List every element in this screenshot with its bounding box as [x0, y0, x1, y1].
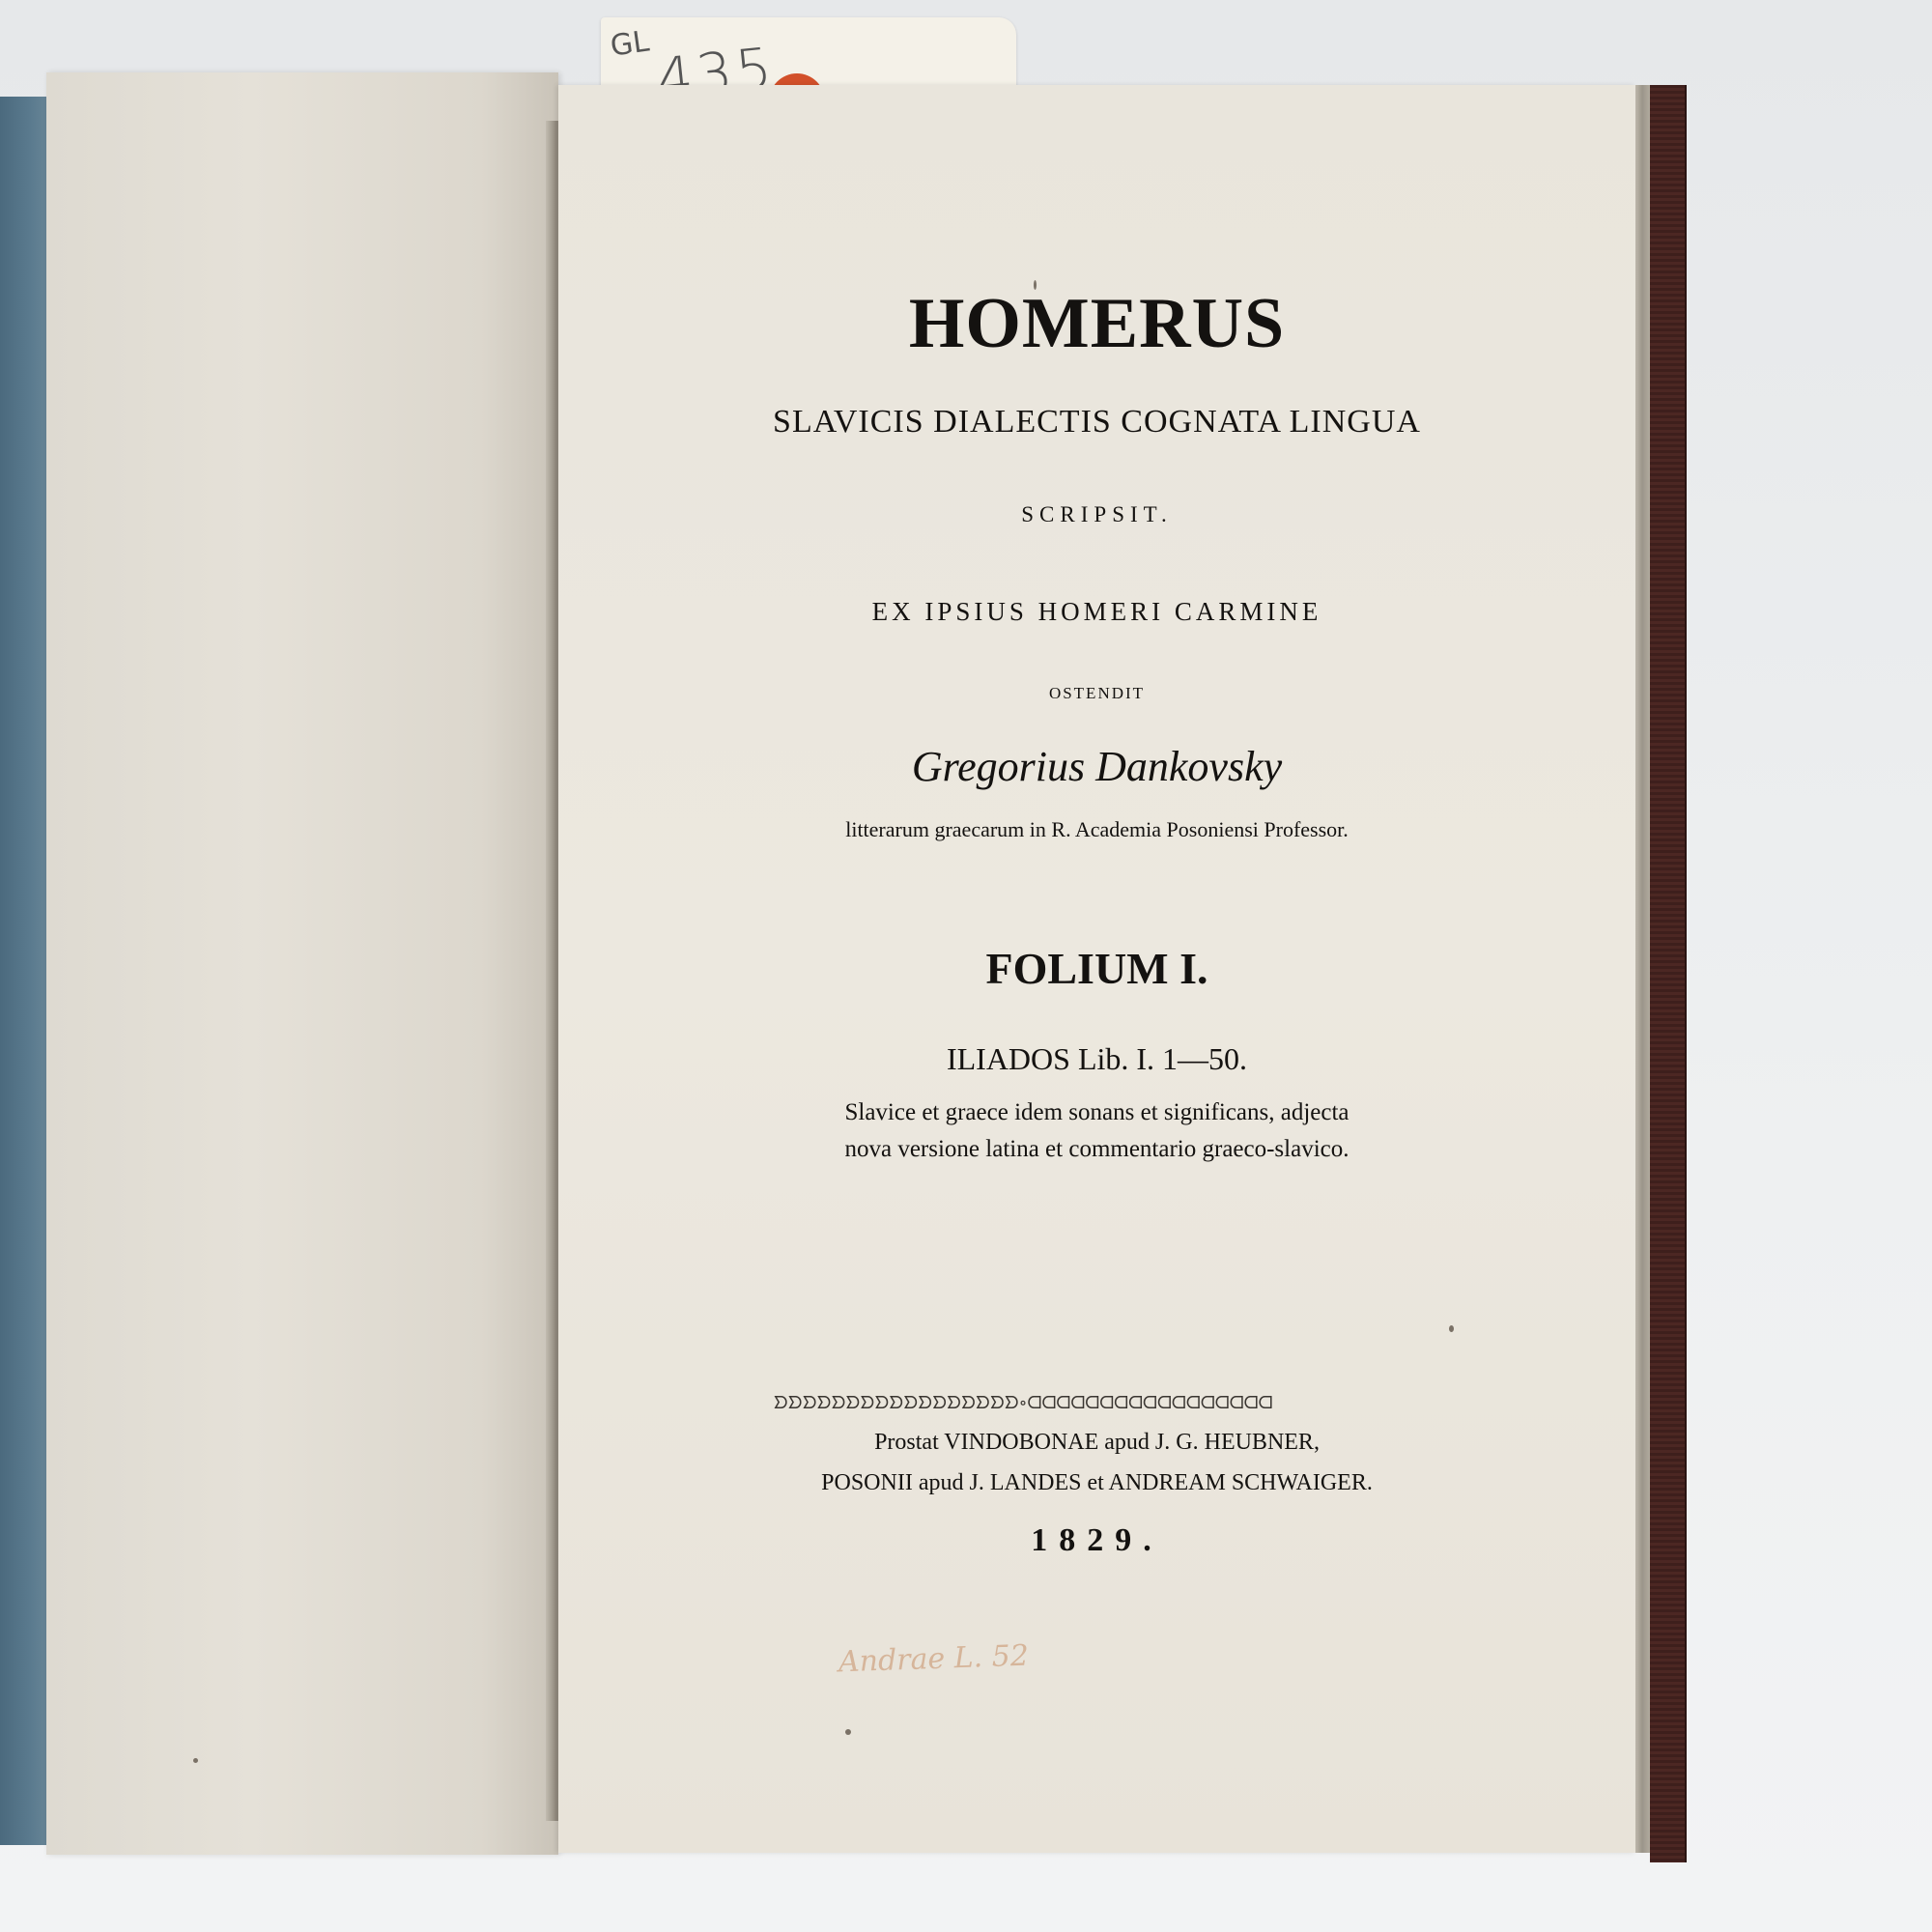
pencil-annotation: Andrae L. 52 — [838, 1639, 1029, 1680]
title-page: HOMERUS SLAVICIS DIALECTIS COGNATA LINGU… — [558, 85, 1635, 1853]
ornamental-rule-icon: ᗤᗤᗤᗤᗤᗤᗤᗤᗤᗤᗤᗤᗤᗤᗤᗤᗤ∘ᗡᗡᗡᗡᗡᗡᗡᗡᗡᗡᗡᗡᗡᗡᗡᗡᗡ — [670, 1394, 1376, 1411]
ostendit-line: OSTENDIT — [558, 684, 1635, 703]
folium-heading: FOLIUM I. — [558, 943, 1635, 994]
blue-endpaper — [0, 97, 50, 1845]
description-line-1: Slavice et graece idem sonans et signifi… — [558, 1099, 1635, 1126]
publisher-line-1: Prostat VINDOBONAE apud J. G. HEUBNER, — [558, 1430, 1635, 1456]
page-edges — [1633, 85, 1652, 1853]
left-blank-page — [46, 72, 558, 1855]
book-subtitle: SLAVICIS DIALECTIS COGNATA LINGUA — [558, 404, 1635, 440]
author-affiliation: litterarum graecarum in R. Academia Poso… — [558, 817, 1635, 842]
description-line-2: nova versione latina et commentario grae… — [558, 1136, 1635, 1163]
scripsit-line: SCRIPSIT. — [558, 502, 1635, 527]
publication-year: 1829. — [558, 1522, 1635, 1559]
iliados-range: ILIADOS Lib. I. 1—50. — [558, 1041, 1635, 1077]
book-cover-edge — [1650, 85, 1687, 1862]
ex-line: EX IPSIUS HOMERI CARMINE — [558, 597, 1635, 627]
book-title: HOMERUS — [558, 283, 1635, 365]
publisher-line-2: POSONII apud J. LANDES et ANDREAM SCHWAI… — [558, 1470, 1635, 1496]
author-name: Gregorius Dankovsky — [558, 742, 1635, 791]
shelf-tag-prefix: GL — [609, 24, 651, 63]
